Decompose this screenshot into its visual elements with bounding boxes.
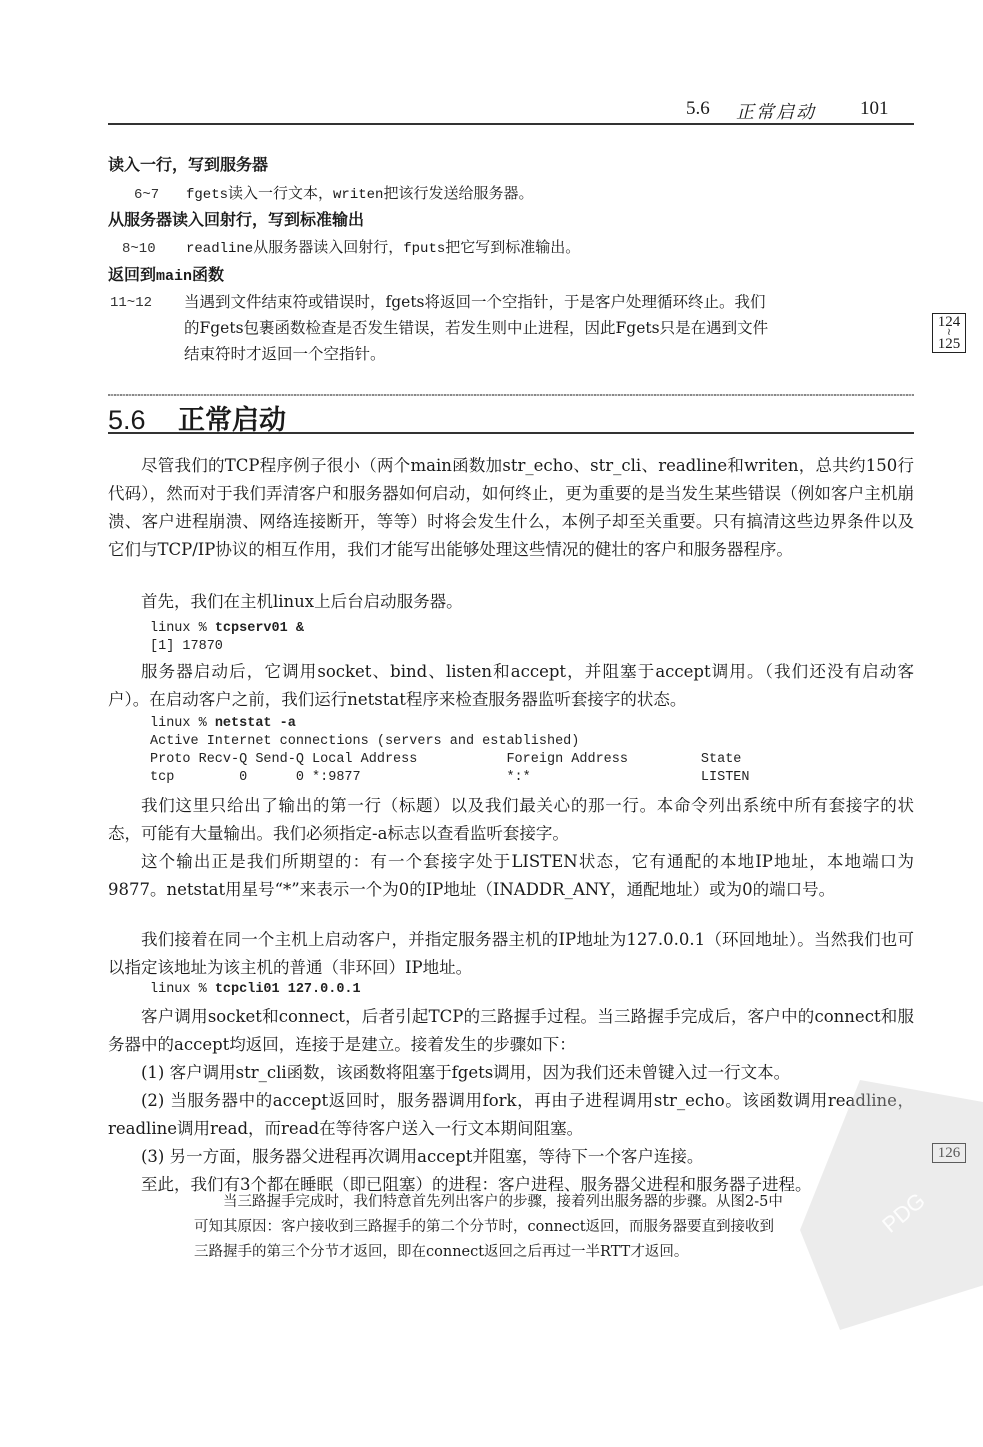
margin-page-ref-124-125: 124 ≀ 125 (932, 313, 966, 353)
paragraph-handshake: 客户调用socket和connect，后者引起TCP的三路握手过程。当三路握手完… (108, 1003, 914, 1199)
code-note-8-10: 8~10readline从服务器读入回射行，fputs把它写到标准输出。 (110, 236, 580, 260)
step-3: (3) 另一方面，服务器父进程再次调用accept并阻塞，等待下一个客户连接。 (108, 1143, 914, 1171)
paragraph-intro: 尽管我们的TCP程序例子很小（两个main函数加str_echo、str_cli… (108, 452, 914, 564)
running-header: 5.6 正常启动 101 (108, 96, 908, 126)
step-2: (2) 当服务器中的accept返回时，服务器调用fork，再由子进程调用str… (108, 1087, 914, 1143)
paragraph-netstat-explain: 我们这里只给出了输出的第一行（标题）以及我们最关心的那一行。本命令列出系统中所有… (108, 792, 914, 848)
running-header-section: 5.6 (686, 98, 710, 120)
console-tcpcli: linux % tcpcli01 127.0.0.1 (150, 981, 361, 999)
section-bottom-rule (108, 432, 914, 434)
code-note-6-7: 6~7fgets读入一行文本，writen把该行发送给服务器。 (110, 182, 533, 206)
code-note-heading-1: 读入一行，写到服务器 (108, 152, 268, 175)
console-netstat: linux % netstat -a Active Internet conne… (150, 715, 750, 787)
code-note-heading-2: 从服务器读入回射行，写到标准输出 (108, 207, 364, 230)
note-block: 当三路握手完成时，我们特意首先列出客户的步骤，接着列出服务器的步骤。从图2-5中… (194, 1190, 908, 1265)
paragraph-server-started: 服务器启动后，它调用socket、bind、listen和accept，并阻塞于… (108, 658, 914, 714)
code-note-11-12-text: 当遇到文件结束符或错误时，fgets将返回一个空指针，于是客户处理循环终止。我们… (184, 289, 904, 367)
running-header-title: 正常启动 (736, 98, 816, 124)
paragraph-start-server: 首先，我们在主机linux上后台启动服务器。 (108, 588, 914, 616)
section-top-rule (108, 394, 914, 396)
page-number: 101 (860, 98, 889, 120)
console-tcpserv: linux % tcpserv01 & [1] 17870 (150, 620, 304, 656)
code-note-heading-3: 返回到main函数 (108, 262, 224, 285)
code-note-11-12-number: 11~12 (110, 290, 182, 314)
paragraph-listen-state: 这个输出正是我们所期望的：有一个套接字处于LISTEN状态，它有通配的本地IP地… (108, 848, 914, 904)
paragraph-start-client: 我们接着在同一个主机上启动客户，并指定服务器主机的IP地址为127.0.0.1（… (108, 926, 914, 982)
step-1: (1) 客户调用str_cli函数，该函数将阻塞于fgets调用，因为我们还未曾… (108, 1059, 914, 1087)
header-rule (108, 123, 914, 125)
